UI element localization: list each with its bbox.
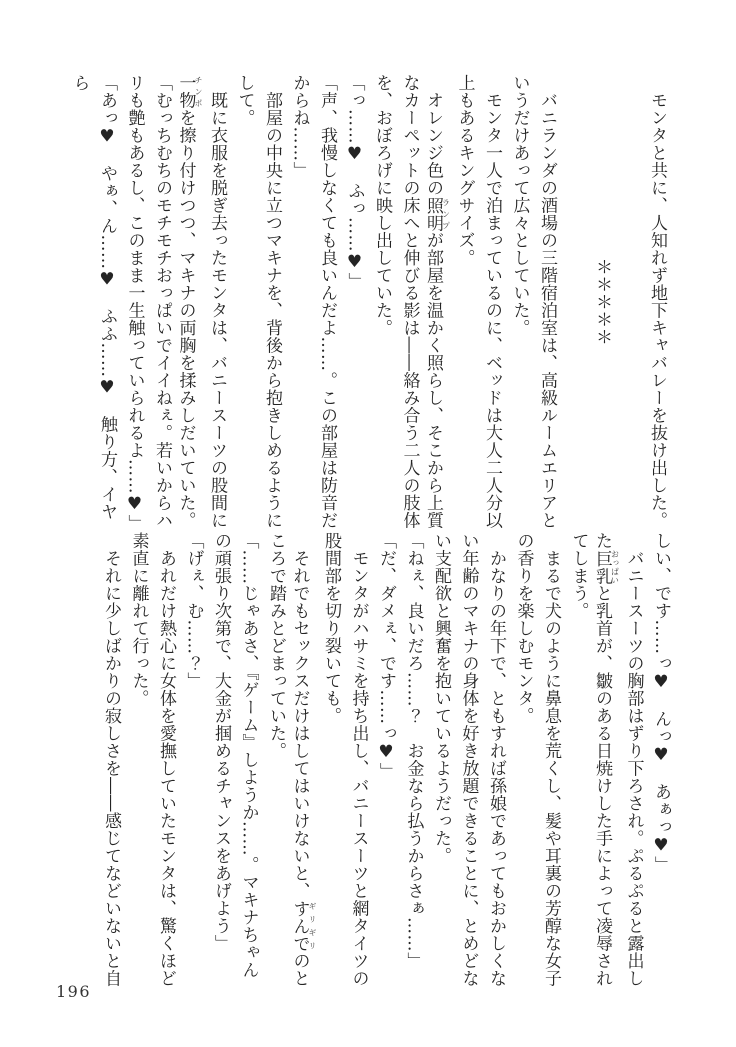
text-line: の頑張り次第で、大金が掴めるチャンスをあげよう」: [207, 532, 235, 990]
text-line: まるで犬のように鼻息を荒くし、髪や耳裏の芳醇な女子: [537, 532, 565, 990]
text-line: た巨乳おっぱいと乳首が、皺のある日焼けした手によって凌辱され: [592, 532, 620, 990]
text-line: 上もあるキングサイズ。: [450, 74, 478, 530]
text-line: あれだけ熱心に女体を愛撫していたモンタは、驚くほど: [152, 532, 180, 990]
bottom-text-block: しい、です……っ♥ んっ♥ あぁっ♥」 バニースーツの胸部はずり下ろされ。ぷるぷ…: [97, 532, 675, 990]
text-line: なカーペットの床へと伸びる影は――絡み合う二人の肢体: [395, 74, 423, 530]
text-line: 「げぇ、む……？」: [179, 532, 207, 990]
text-line: リも艶もあるし、このまま一生触っていられるよ……♥」: [120, 74, 148, 530]
text-line: 「っ……♥ ふっ……♥」: [340, 74, 368, 530]
text-line: オレンジ色の照明ランプが部屋を温かく照らし、そこから上質: [423, 74, 451, 530]
text-line: 既に衣服を脱ぎ去ったモンタは、バニースーツの股間に: [203, 74, 231, 530]
text-line: の香りを楽しむモンタ。: [509, 532, 537, 990]
text-line: 「あっ♥ やぁ、ん……♥ ふふ……♥ 触り方、イヤら: [93, 74, 121, 530]
text-line: 素直に離れて行った。: [124, 532, 152, 990]
text-line: かなりの年下で、ともすれば孫娘であってもおかしくな: [482, 532, 510, 990]
text-line: を、おぼろげに映し出していた。: [368, 74, 396, 530]
text-line: い年齢のマキナの身体を好き放題できることに、とめどな: [454, 532, 482, 990]
page-number: 196: [56, 982, 91, 1001]
text-line: モンタと共に、人知れず地下キャバレーを抜け出した。: [643, 74, 671, 530]
blank-line: [615, 74, 643, 530]
text-line: 一物チンポを擦り付けつつ、マキナの両胸を揉みしだいていた。: [175, 74, 203, 530]
text-line: 「ねぇ、良いだろ……？ お金なら払うからさぁ……」: [399, 532, 427, 990]
text-line: いうだけあって広々としていた。: [505, 74, 533, 530]
text-line: からね……」: [285, 74, 313, 530]
text-line: それに少しばかりの寂しさを――感じてなどいないと自: [97, 532, 125, 990]
text-line: い支配欲と興奮を抱いているようだった。: [427, 532, 455, 990]
text-line: しい、です……っ♥ んっ♥ あぁっ♥」: [647, 532, 675, 990]
text-line: 部屋の中央に立つマキナを、背後から抱きしめるように: [258, 74, 286, 530]
text-line: して。: [230, 74, 258, 530]
text-line: 「だ、ダメぇ、です……っ♥」: [372, 532, 400, 990]
text-line: モンタ一人で泊まっているのに、ベッドは大人二人分以: [478, 74, 506, 530]
section-separator: ＊＊＊＊＊: [588, 74, 616, 530]
text-line: 「声、我慢しなくても良いんだよ……。この部屋は防音だ: [313, 74, 341, 530]
text-line: バニランダの酒場の三階宿泊室は、高級ルームエリアと: [533, 74, 561, 530]
top-text-block: モンタと共に、人知れず地下キャバレーを抜け出した。＊＊＊＊＊ バニランダの酒場の…: [93, 74, 671, 530]
text-line: モンタがハサミを持ち出し、バニースーツと網タイツの: [344, 532, 372, 990]
text-line: 股間部を切り裂いても。: [317, 532, 345, 990]
book-page: モンタと共に、人知れず地下キャバレーを抜け出した。＊＊＊＊＊ バニランダの酒場の…: [0, 0, 736, 1047]
text-line: 「……じゃあさ、『ゲーム』しようか……。マキナちゃん: [234, 532, 262, 990]
text-line: バニースーツの胸部はずり下ろされ。ぷるぷると露出し: [619, 532, 647, 990]
blank-line: [560, 74, 588, 530]
text-line: それでもセックスだけはしてはいけないと、すんでギリギリのと: [289, 532, 317, 990]
text-line: 「むっちむちのモチモチおっぱいでイイねぇ。若いからハ: [148, 74, 176, 530]
